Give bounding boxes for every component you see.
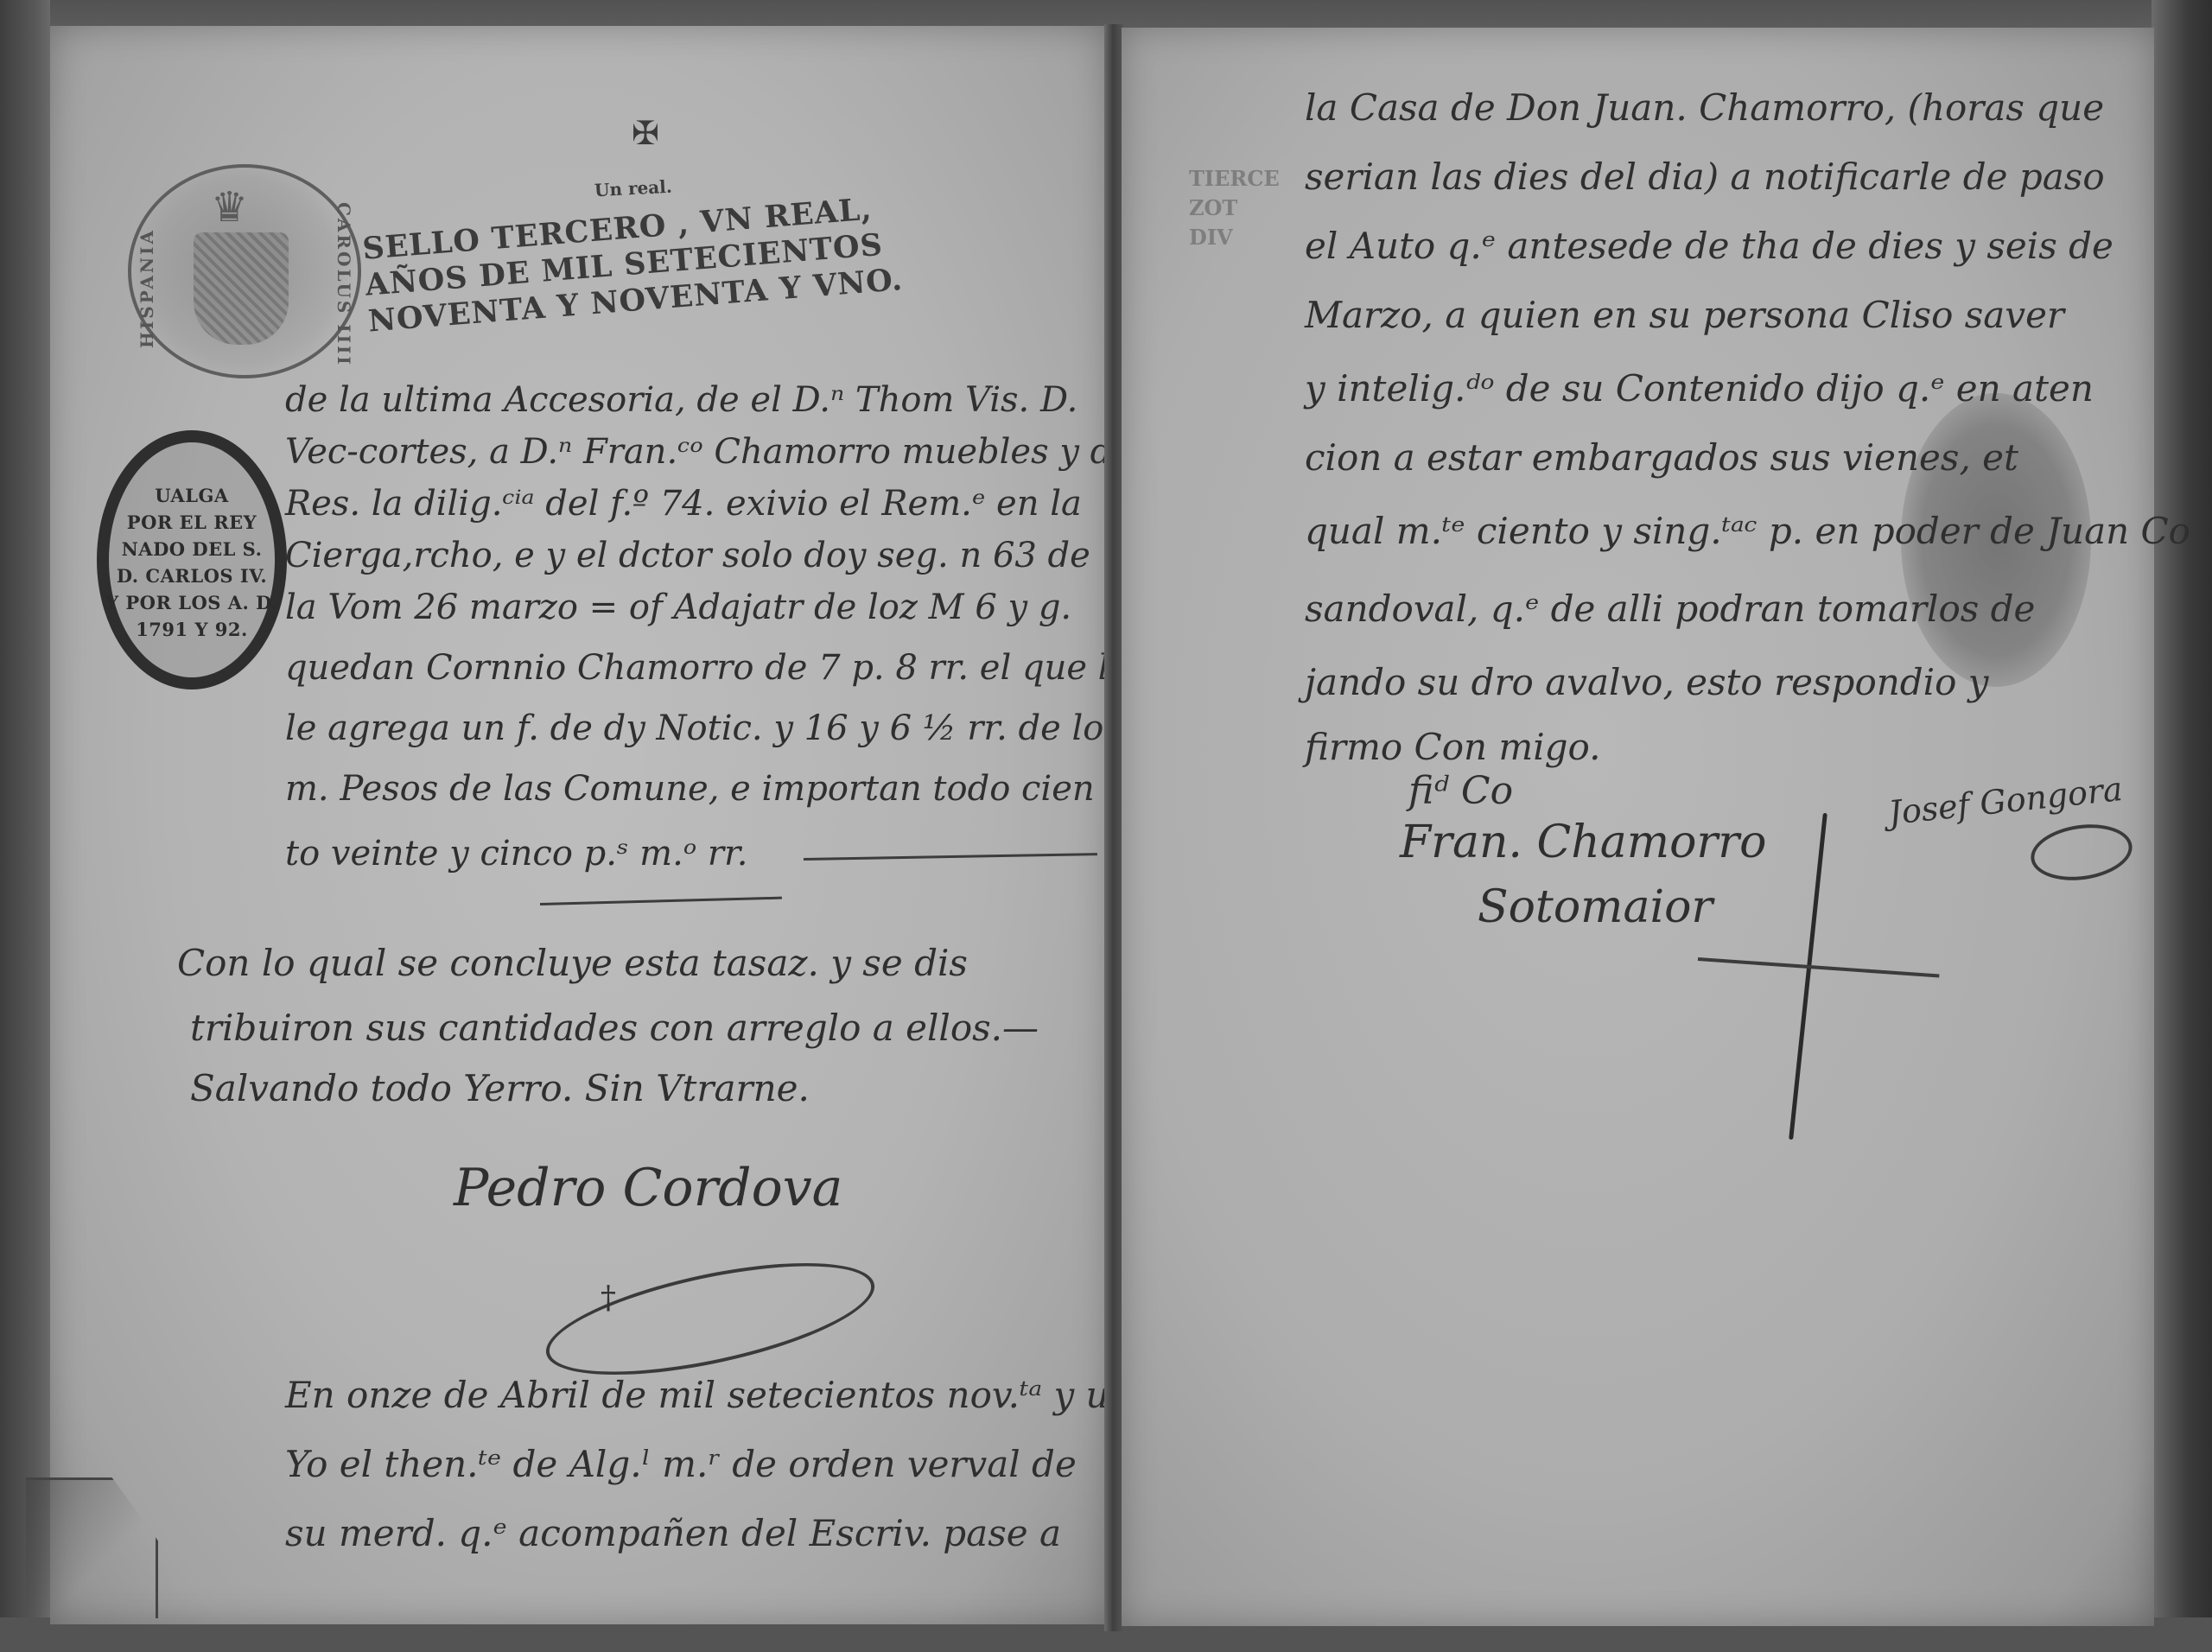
- shield-icon: [194, 232, 289, 345]
- text-line: Salvando todo Yerro. Sin Vtrarne.: [190, 1067, 810, 1109]
- text-line: tribuiron sus cantidades con arreglo a e…: [190, 1007, 1039, 1049]
- text-line: Marzo, a quien en su persona Cliso saver: [1305, 294, 2064, 336]
- signature-name: Fran. Chamorro: [1400, 816, 1766, 868]
- stamp-line: Y POR LOS A. D.: [105, 589, 278, 616]
- text-line: y intelig.ᵈᵒ de su Contenido dijo q.ᵉ en…: [1305, 367, 2094, 410]
- text-line: serian las dies del dia) a notificarle d…: [1305, 156, 2105, 198]
- text-line: sandoval, q.ᵉ de alli podran tomarlos de: [1305, 588, 2035, 630]
- text-line: su merd. q.ᵉ acompañen del Escriv. pase …: [285, 1512, 1061, 1554]
- rubric-mark-icon: †: [601, 1280, 616, 1316]
- text-line: to veinte y cinco p.ˢ m.ᵒ rr.: [285, 834, 747, 874]
- text-line: el Auto q.ᵉ antesede de tha de dies y se…: [1305, 225, 2113, 267]
- text-line: En onze de Abril de mil setecientos nov.…: [285, 1374, 1154, 1416]
- text-line: Cierga,rcho, e y el dctor solo doy seg. …: [285, 536, 1090, 575]
- stamp-value-label: Un real.: [594, 176, 672, 201]
- validation-oval-stamp: UALGA POR EL REY NADO DEL S. D. CARLOS I…: [97, 430, 287, 689]
- seal-text-right: CAROLUS IIII: [334, 202, 354, 367]
- stamp-line: DIV: [1189, 223, 1280, 252]
- seal-text-left: HISPANIA: [137, 228, 157, 348]
- stamp-line: POR EL REY: [127, 509, 257, 536]
- signature-sotomaior: Sotomaior: [1478, 881, 1713, 933]
- crown-icon: ♛: [211, 183, 248, 232]
- text-line: quedan Cornnio Chamorro de 7 p. 8 rr. el…: [285, 648, 1129, 688]
- text-line: jando su dro avalvo, esto respondio y: [1305, 661, 1988, 703]
- royal-coat-of-arms-seal: ♛ HISPANIA CAROLUS IIII: [128, 164, 361, 378]
- text-line: la Casa de Don Juan. Chamorro, (horas qu…: [1305, 86, 2104, 129]
- text-line: la Vom 26 marzo = of Adajatr de loz M 6 …: [285, 588, 1071, 627]
- text-line: Vec-cortes, a D.ⁿ Fran.ᶜᵒ Chamorro muebl…: [285, 432, 1123, 472]
- text-line: Yo el then.ᵗᵉ de Alg.ˡ m.ʳ de orden verv…: [285, 1443, 1077, 1485]
- text-line: cion a estar embargados sus vienes, et: [1305, 436, 2018, 479]
- text-line: m. Pesos de las Comune, e importan todo …: [285, 769, 1095, 809]
- text-line: Res. la dilig.ᶜⁱᵃ del f.º 74. exivio el …: [285, 484, 1082, 524]
- signature-prefix: fiᵈ Co: [1408, 769, 1513, 813]
- stamp-line: UALGA: [155, 482, 228, 509]
- text-line: le agrega un f. de dy Notic. y 16 y 6 ½ …: [285, 708, 1122, 748]
- stamp-line: D. CARLOS IV.: [117, 562, 267, 589]
- text-line: firmo Con migo.: [1305, 726, 1600, 768]
- stamp-line: TIERCE: [1189, 164, 1280, 194]
- book-gutter: [1104, 24, 1123, 1631]
- text-line: de la ultima Accesoria, de el D.ⁿ Thom V…: [285, 380, 1077, 420]
- stamp-line: 1791 Y 92.: [136, 616, 248, 643]
- stamp-line: ZOT: [1189, 194, 1280, 223]
- text-line: Con lo qual se concluye esta tasaz. y se…: [177, 942, 968, 984]
- book-edge-right: [2152, 0, 2212, 1652]
- bleed-through-stamp: TIERCE ZOT DIV: [1189, 164, 1280, 252]
- text-line: qual m.ᵗᵉ ciento y sing.ᵗᵃᶜ p. en poder …: [1305, 510, 2190, 552]
- book-edge-left: [0, 0, 50, 1652]
- cross-icon: ✠: [632, 114, 659, 152]
- stamp-line: NADO DEL S.: [122, 536, 263, 562]
- signature-pedro-cordova: Pedro Cordova: [454, 1158, 842, 1218]
